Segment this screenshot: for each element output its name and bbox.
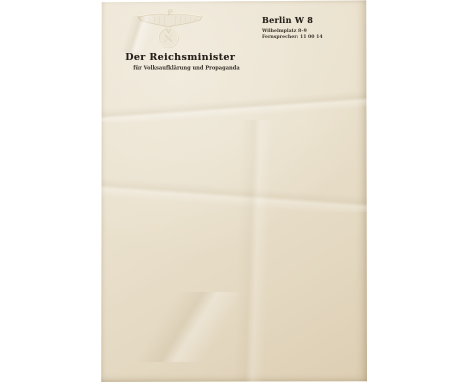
letterhead-photo: Der Reichsminister für Volksaufklärung u…	[0, 0, 468, 382]
address-phone: Fernsprecher: 11 00 14	[262, 34, 323, 39]
paper-crease	[221, 120, 281, 382]
embossed-eagle-emblem	[135, 4, 205, 50]
paper-crease	[101, 292, 271, 362]
letterhead-sender-block: Der Reichsminister für Volksaufklärung u…	[113, 52, 235, 74]
paper-crease	[101, 178, 367, 212]
paper-sheet: Der Reichsminister für Volksaufklärung u…	[101, 0, 367, 382]
address-city: Berlin W 8	[262, 17, 351, 26]
sender-title: Der Reichsminister	[125, 52, 223, 62]
paper-crease	[101, 92, 367, 122]
sender-subtitle: für Volksaufklärung und Propaganda	[133, 65, 211, 71]
address-block: Berlin W 8 Wilhelmplatz 8–9 Fernsprecher…	[262, 17, 366, 43]
